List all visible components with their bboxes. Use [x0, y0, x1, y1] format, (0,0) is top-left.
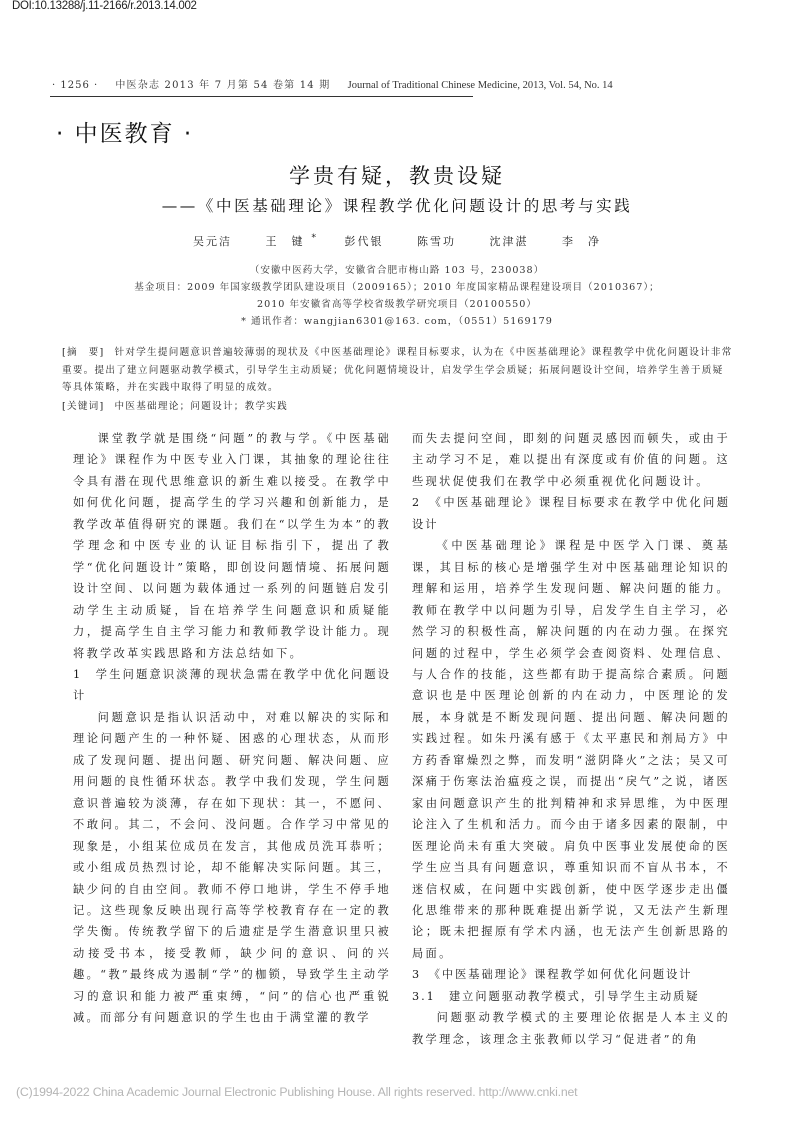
author: 李 净 — [555, 235, 608, 248]
body-column-left: 课堂教学就是围绕“问题”的教与学。《中医基础理论》课程作为中医专业入门课，其抽象… — [73, 428, 391, 1029]
body-paragraph-continued: 而失去提问空间，即刻的问题灵感因而顿失，或由于主动学习不足，难以提出有深度或有价… — [412, 428, 730, 492]
funding-line-2: 2010 年安徽省高等学校省级教学研究项目（20100550） — [0, 296, 794, 310]
article-subtitle: ——《中医基础理论》课程教学优化问题设计的思考与实践 — [0, 194, 794, 216]
doi: DOI:10.13288/j.11-2166/r.2013.14.002 — [12, 0, 197, 12]
journal-issue-en: Journal of Traditional Chinese Medicine,… — [348, 80, 613, 91]
keywords: [关键词]中医基础理论；问题设计；教学实践 — [62, 398, 734, 416]
page-number: · 1256 · — [52, 80, 98, 91]
keywords-text: 中医基础理论；问题设计；教学实践 — [115, 401, 289, 412]
section-label: · 中医教育 · — [56, 115, 193, 148]
journal-issue-cn: 中医杂志 2013 年 7 月第 54 卷第 14 期 — [115, 80, 330, 91]
keywords-label: [关键词] — [62, 401, 105, 412]
abstract: [摘 要]针对学生提问题意识普遍较薄弱的现状及《中医基础理论》课程目标要求，认为… — [62, 344, 734, 397]
corresponding-author: * 通讯作者：wangjian6301@163. com，（0551）51691… — [0, 313, 794, 327]
body-paragraph: 课堂教学就是围绕“问题”的教与学。《中医基础理论》课程作为中医专业入门课，其抽象… — [73, 428, 391, 664]
author: 沈津湛 — [483, 235, 536, 248]
section-heading-3: 3 《中医基础理论》课程教学如何优化问题设计 — [412, 964, 730, 985]
section-heading-1: 1 学生问题意识淡薄的现状急需在教学中优化问题设计 — [73, 664, 391, 707]
section-heading-2: 2 《中医基础理论》课程目标要求在教学中优化问题设计 — [412, 492, 730, 535]
abstract-text: 针对学生提问题意识普遍较薄弱的现状及《中医基础理论》课程目标要求，认为在《中医基… — [62, 347, 733, 393]
subsection-heading-3-1: 3.1 建立问题驱动教学模式，引导学生主动质疑 — [412, 986, 730, 1007]
funding-line-1: 基金项目：2009 年国家级教学团队建设项目（2009165）；2010 年度国… — [0, 279, 794, 293]
body-paragraph: 《中医基础理论》课程是中医学入门课、奠基课，其目标的核心是增强学生对中医基础理论… — [412, 535, 730, 964]
running-head: · 1256 · 中医杂志 2013 年 7 月第 54 卷第 14 期 Jou… — [52, 76, 474, 91]
copyright-footer: (C)1994-2022 China Academic Journal Elec… — [16, 1085, 577, 1099]
author-corresponding: 王 键* — [259, 235, 319, 248]
author-list: 吴元洁 王 键* 彭代银 陈雪功 沈津湛 李 净 — [0, 233, 794, 249]
abstract-label: [摘 要] — [62, 347, 105, 358]
corresponding-mark: * — [312, 233, 319, 243]
body-paragraph: 问题驱动教学模式的主要理论依据是人本主义的教学理念，该理念主张教师以学习“促进者… — [412, 1007, 730, 1050]
body-column-right: 而失去提问空间，即刻的问题灵感因而顿失，或由于主动学习不足，难以提出有深度或有价… — [412, 428, 730, 1050]
author: 彭代银 — [338, 235, 391, 248]
body-paragraph: 问题意识是指认识活动中，对难以解决的实际和理论问题产生的一种怀疑、困惑的心理状态… — [73, 707, 391, 1029]
author: 吴元洁 — [186, 235, 239, 248]
author: 陈雪功 — [410, 235, 463, 248]
article-title: 学贵有疑，教贵设疑 — [0, 160, 794, 190]
header-rule — [50, 96, 473, 98]
affiliation: （安徽中医药大学，安徽省合肥市梅山路 103 号，230038） — [0, 262, 794, 276]
